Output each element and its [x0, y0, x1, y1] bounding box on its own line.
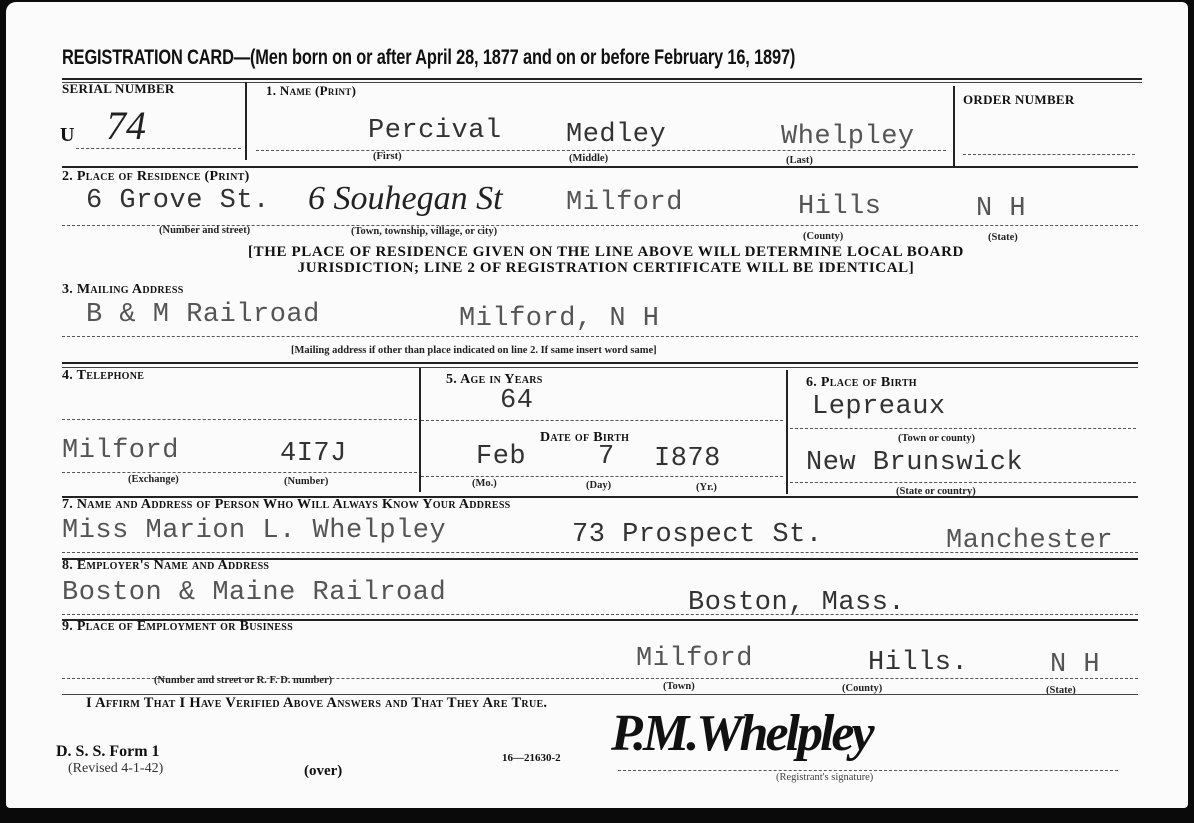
dob-label: Date of Birth [540, 430, 629, 446]
exchange-caption: (Exchange) [128, 474, 179, 485]
signature-caption: (Registrant's signature) [776, 772, 873, 783]
employer-underline [62, 614, 1138, 615]
residence-town-value: Milford [566, 188, 683, 218]
telephone-top-field [62, 419, 417, 420]
over-indicator: (over) [304, 763, 342, 780]
serial-number-label: SERIAL NUMBER [62, 81, 175, 97]
serial-prefix: U [60, 124, 74, 147]
dob-month-value: Feb [476, 442, 526, 472]
contact-address-value: 73 Prospect St. [572, 520, 823, 550]
telephone-exchange-value: Milford [62, 436, 179, 466]
contact-label: 7. Name and Address of Person Who Will A… [62, 497, 511, 513]
section-rule-2b [62, 367, 1138, 368]
first-caption: (First) [373, 151, 402, 162]
order-number-label: ORDER NUMBER [963, 92, 1075, 108]
dob-year-value: I878 [654, 444, 721, 474]
first-name-value: Percival [368, 116, 502, 146]
section-rule-2 [62, 362, 1138, 364]
residence-state-value: N H [976, 194, 1026, 224]
telephone-underline [62, 472, 417, 473]
registration-card: REGISTRATION CARD—(Men born on or after … [6, 2, 1188, 808]
birthplace-label: 6. Place of Birth [806, 375, 917, 391]
residence-county-value: Hills [798, 192, 882, 222]
form-name: D. S. S. Form 1 [56, 743, 160, 761]
serial-underline [76, 148, 241, 149]
mailing-label: 3. Mailing Address [62, 282, 184, 298]
telephone-number-value: 4I7J [280, 439, 347, 469]
last-caption: (Last) [786, 155, 813, 166]
birthplace-town-underline [790, 428, 1136, 429]
order-number-field [963, 154, 1135, 155]
employer-name-value: Boston & Maine Railroad [62, 578, 446, 608]
affirmation-text: I Affirm That I Have Verified Above Answ… [86, 695, 547, 712]
employment-town-caption: (Town) [663, 681, 695, 692]
year-caption: (Yr.) [696, 482, 717, 493]
number-caption: (Number) [284, 476, 328, 487]
print-code: 16—21630-2 [502, 752, 561, 764]
residence-street-value: 6 Grove St. [86, 186, 270, 216]
residence-notice: [THE PLACE OF RESIDENCE GIVEN ON THE LIN… [136, 244, 1076, 276]
employment-street-caption: (Number and street or R. F. D. number) [154, 675, 332, 686]
mailing-underline [62, 336, 1138, 337]
birthplace-state-underline [790, 482, 1136, 483]
employer-label: 8. Employer's Name and Address [62, 558, 269, 574]
residence-street-caption: (Number and street) [159, 225, 250, 236]
name-underline [256, 150, 946, 151]
birthplace-town-value: Lepreaux [812, 392, 946, 422]
serial-divider [245, 82, 247, 160]
employment-county-caption: (County) [842, 683, 882, 694]
mailing-line-value: B & M Railroad [86, 300, 320, 330]
residence-handwritten-correction: 6 Souhegan St [308, 180, 503, 218]
signature-line [618, 770, 1118, 771]
contact-name-value: Miss Marion L. Whelpley [62, 516, 446, 546]
age-value: 64 [500, 386, 533, 416]
birthplace-town-caption: (Town or county) [898, 433, 975, 444]
order-divider [953, 86, 955, 166]
mailing-caption: [Mailing address if other than place ind… [291, 345, 657, 356]
employment-county-value: Hills. [868, 648, 968, 678]
contact-underline [62, 552, 1138, 553]
middle-caption: (Middle) [569, 153, 608, 164]
birthplace-state-value: New Brunswick [806, 448, 1023, 478]
title-rule-thin [62, 82, 1142, 83]
telephone-label: 4. Telephone [62, 368, 144, 384]
registrant-signature: P.M.Whelpley [611, 704, 872, 763]
form-revised: (Revised 4-1-42) [68, 761, 163, 777]
middle-name-value: Medley [566, 120, 666, 150]
telephone-divider [419, 368, 421, 492]
dob-day-value: 7 [598, 442, 615, 472]
month-caption: (Mo.) [472, 478, 497, 489]
name-label: 1. Name (Print) [266, 83, 356, 99]
last-name-value: Whelpley [781, 122, 915, 152]
dob-underline [421, 476, 783, 477]
serial-number-value: 74 [106, 102, 146, 149]
residence-county-caption: (County) [803, 231, 843, 242]
day-caption: (Day) [586, 480, 611, 491]
age-underline [421, 420, 783, 421]
title-rule [62, 78, 1142, 80]
card-title: REGISTRATION CARD—(Men born on or after … [62, 46, 795, 70]
residence-label: 2. Place of Residence (Print) [62, 169, 250, 185]
employment-label: 9. Place of Employment or Business [62, 619, 293, 635]
employment-state-value: N H [1050, 650, 1100, 680]
residence-state-caption: (State) [988, 232, 1018, 243]
employment-town-value: Milford [636, 644, 753, 674]
residence-town-caption: (Town, township, village, or city) [351, 226, 497, 237]
age-divider [786, 370, 788, 494]
section-rule-1 [62, 166, 1138, 168]
mailing-city-value: Milford, N H [459, 304, 659, 334]
